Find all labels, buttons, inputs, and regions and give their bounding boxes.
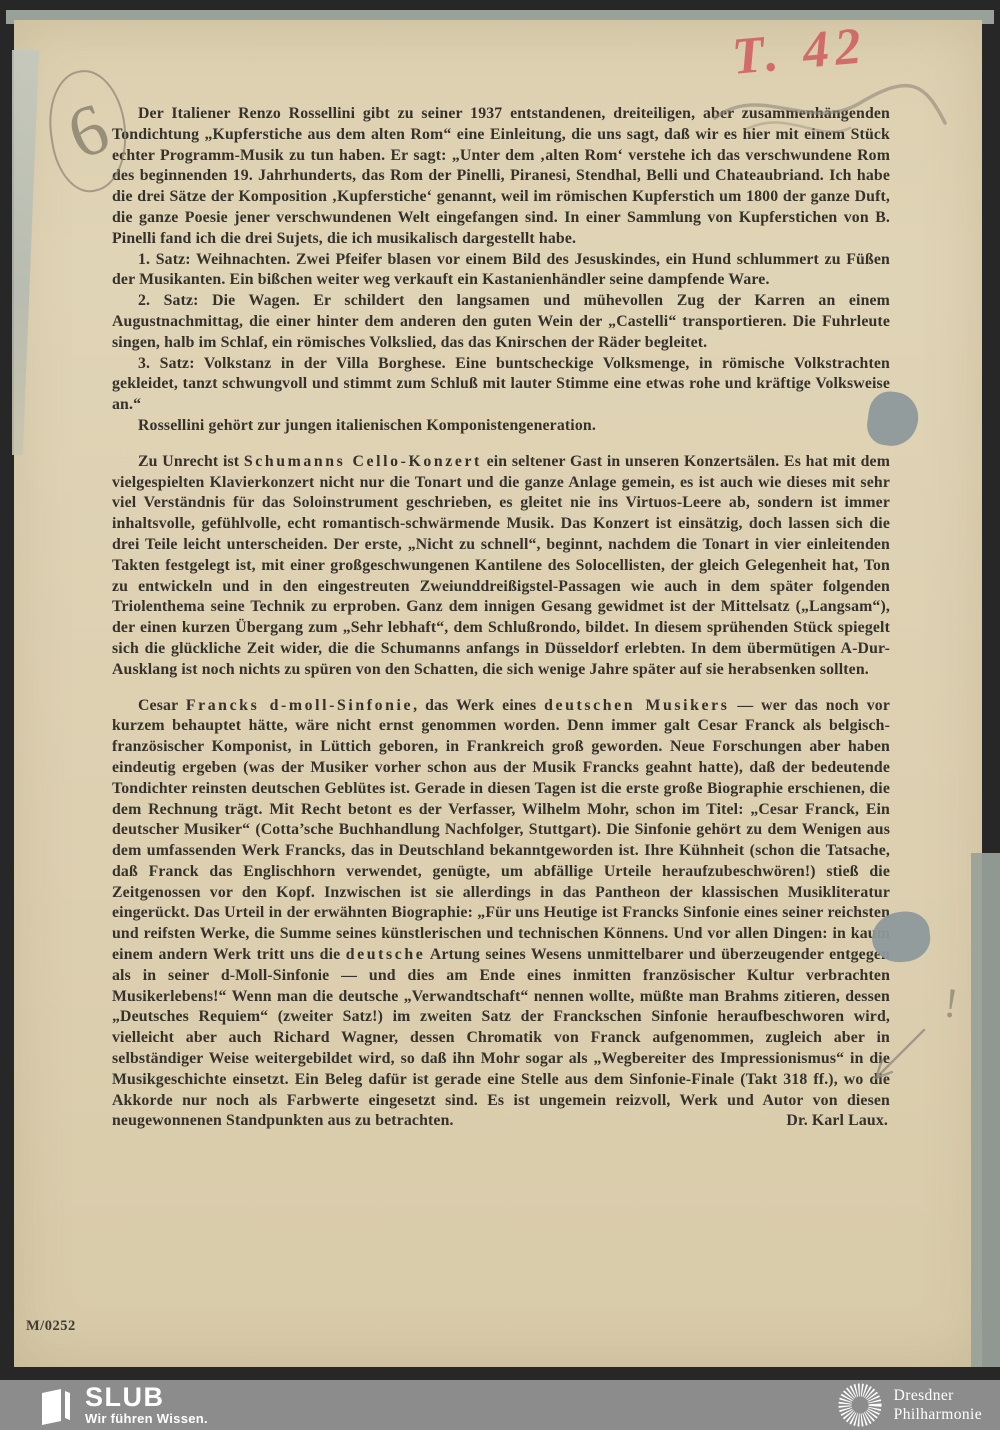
paragraph-container: Der Italiener Renzo Rossellini gibt zu s…: [112, 104, 890, 1132]
slub-tagline: Wir führen Wissen.: [85, 1411, 208, 1426]
scan-bed-strip-right: [971, 853, 1000, 1367]
slub-wordmark: SLUB Wir führen Wissen.: [85, 1384, 208, 1426]
paragraph: 3. Satz: Volkstanz in der Villa Borghese…: [112, 354, 890, 416]
scan-background: 6 T. 42 ! Der Italiener Renzo Rossellini…: [0, 0, 1000, 1430]
text-segment: — wer das noch vor kurzem behauptet hätt…: [112, 697, 890, 964]
text-segment: 1. Satz: Weihnachten. Zwei Pfeifer blase…: [112, 251, 890, 289]
philharmonie-line2: Philharmonie: [894, 1405, 982, 1424]
text-segment: Cesar: [138, 697, 186, 714]
slub-branding: SLUB Wir führen Wissen.: [40, 1384, 208, 1426]
text-segment: , das Werk eines: [413, 697, 544, 714]
paragraph: 1. Satz: Weihnachten. Zwei Pfeifer blase…: [112, 250, 890, 292]
paragraph: Rossellini gehört zur jungen italienisch…: [112, 416, 890, 437]
philharmonie-wordmark: Dresdner Philharmonie: [894, 1386, 982, 1425]
handwritten-red-mark: T. 42: [730, 16, 870, 87]
shelfmark-label: M/0252: [26, 1318, 76, 1335]
text-segment: Artung seines Wesens unmittelbarer und ü…: [112, 946, 890, 1129]
text-segment: Rossellini gehört zur jungen italienisch…: [138, 417, 596, 434]
text-segment: deutsche: [346, 946, 426, 963]
philharmonie-branding: Dresdner Philharmonie: [836, 1381, 982, 1429]
viewer-footer: SLUB Wir führen Wissen. Dresdner Philhar…: [0, 1380, 1000, 1430]
philharmonie-starburst-icon: [836, 1381, 884, 1429]
paragraph: 2. Satz: Die Wagen. Er schildert den lan…: [112, 291, 890, 353]
paragraph: Cesar Francks d-moll-Sinfonie, das Werk …: [112, 696, 890, 1133]
text-segment: 2. Satz: Die Wagen. Er schildert den lan…: [112, 292, 890, 351]
paragraph: Zu Unrecht ist Schumanns Cello-Konzert e…: [112, 452, 890, 681]
text-segment: Francks d-moll-Sinfonie: [186, 697, 413, 714]
document-text: Der Italiener Renzo Rossellini gibt zu s…: [112, 104, 890, 1132]
philharmonie-line1: Dresdner: [894, 1386, 982, 1405]
pencil-arrow-icon: [862, 1022, 934, 1094]
text-segment: Zu Unrecht ist: [138, 453, 244, 470]
text-segment: ein seltener Gast in unseren Konzertsäle…: [112, 453, 890, 678]
pencil-number: 6: [56, 86, 119, 176]
slub-book-icon: [40, 1388, 72, 1426]
text-segment: deutschen Musikers: [544, 697, 729, 714]
slub-name: SLUB: [85, 1384, 208, 1410]
text-segment: Schumanns Cello-Konzert: [244, 453, 482, 470]
text-segment: 3. Satz: Volkstanz in der Villa Borghese…: [112, 355, 890, 414]
